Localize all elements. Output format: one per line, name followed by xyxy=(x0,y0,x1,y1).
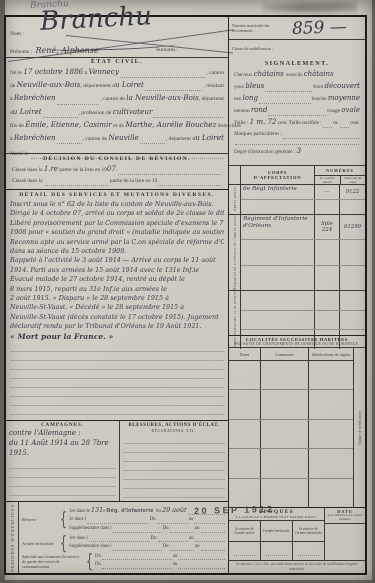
localites-row xyxy=(229,479,353,507)
localites-cell xyxy=(261,449,309,477)
services-entry: Neuville-St-Vaast. « Décédé » le 28 sept… xyxy=(10,303,224,312)
epoques-date-header: DATE de la libération du service militai… xyxy=(325,508,365,524)
corps-header: CORPS D'AFFECTATION NUMÉROS de contrôle … xyxy=(229,166,365,185)
brace-glyph: { xyxy=(60,509,67,531)
printed-label: Du xyxy=(163,525,169,534)
matricule-value: 859 — xyxy=(292,17,348,39)
corps-controle-cell xyxy=(314,200,339,214)
handwritten-entry: bleus xyxy=(245,81,264,92)
dotted-leader xyxy=(157,519,188,524)
dotted-leader xyxy=(201,528,225,533)
handwritten-entry: Neuville xyxy=(108,132,138,144)
services-entry: Reconnu apte au service armé par la C.on… xyxy=(10,238,224,247)
printed-label: au xyxy=(173,553,178,562)
localites-row xyxy=(229,390,353,419)
dotted-leader xyxy=(194,519,225,524)
corps-name-cell xyxy=(241,266,314,290)
localites-cell xyxy=(261,390,309,418)
services-entry: Évacué malade le 27 octobre 1914, rentré… xyxy=(10,275,224,284)
handwritten-entry: moyenne xyxy=(328,93,360,104)
form-line: du Loiret, profession de cultivateur xyxy=(10,106,224,119)
dotted-leader xyxy=(201,546,225,551)
epoques-date-column: DATE de la libération du service militai… xyxy=(325,508,365,560)
periodes-group: Spéciale aux hommes du service de garde … xyxy=(22,553,226,570)
corps-controle-cell xyxy=(314,266,339,290)
printed-label: , canton xyxy=(206,67,224,79)
services-entry: 1914. Parti aux armées le 15 août 1914 a… xyxy=(10,266,224,275)
printed-label: Supplémentaire dans l xyxy=(69,525,112,534)
localites-cell xyxy=(309,390,353,418)
corps-name-cell xyxy=(241,311,314,329)
handwritten-entry: Neuville-aux-Bois xyxy=(17,79,81,91)
localites-col-dates: Dates xyxy=(229,348,261,360)
handwritten-entry: cultivateur xyxy=(113,106,153,118)
localites-cell xyxy=(309,361,353,389)
scanned-register-photo: Branchu Nom : Branchu Prénoms : René, Al… xyxy=(0,0,375,583)
printed-label: cent. Taille rectifiée : xyxy=(276,118,321,129)
printed-label: . xyxy=(116,165,117,176)
corps-band-rows: Régiment d'Infanterie d'OrléansSple 2240… xyxy=(241,215,365,290)
epoques-column-header: la réserve de l'armée territoriale xyxy=(293,521,324,541)
corps-row xyxy=(241,311,365,330)
corps-row xyxy=(241,240,365,265)
section-corps-affectation: CORPS D'AFFECTATION NUMÉROS de contrôle … xyxy=(229,165,365,335)
dotted-leader xyxy=(268,111,325,116)
corps-matricule-cell xyxy=(339,240,365,264)
printed-label: Du xyxy=(150,516,156,525)
localites-col-communes: Communes xyxy=(261,348,309,360)
printed-label: sourcils xyxy=(284,70,304,81)
printed-label: , département d xyxy=(80,80,115,92)
corps-band-side-text: Disponibilité et réserve de l'armée acti… xyxy=(233,215,237,290)
dotted-leader xyxy=(57,139,82,144)
printed-label: au xyxy=(195,525,200,534)
periodes-group-rows: 1re dans lDuauSupplémentaire dans lDuau xyxy=(69,535,226,552)
epoques-subtitle: À LAQUELLE L'HOMME DOIT PASSER DANS : xyxy=(229,515,324,519)
section-etat-civil: ÉTAT CIVIL. Né le 17 octobre 1886 à Venn… xyxy=(6,57,228,153)
header-name-block: Nom : Branchu Prénoms : René, Alphonse S… xyxy=(6,17,228,58)
services-entry: Libéré provisoirement par la Commission … xyxy=(10,219,224,228)
handwritten-entry: u Loiret xyxy=(115,79,144,91)
corps-row xyxy=(241,291,365,310)
printed-label: bouche xyxy=(312,94,328,105)
corps-name-cell: Régiment d'Infanterie d'Orléans xyxy=(241,215,314,239)
periodes-group-label: Réserve xyxy=(22,517,58,522)
date-stamp: 20 SEP 1912 xyxy=(194,504,275,516)
corps-numeros-header: NUMÉROS de contrôle spécial matricule du… xyxy=(315,166,365,184)
handwritten-entry: découvert xyxy=(324,81,360,92)
printed-label: yeux xyxy=(234,82,245,93)
handwritten-entry: châtains xyxy=(304,69,334,80)
handwritten-entry: 07 xyxy=(107,164,116,175)
campagnes-box: CAMPAGNES. contre l'Allemagne : du 11 Ao… xyxy=(6,421,120,500)
printed-label: menton xyxy=(234,106,251,117)
dotted-leader xyxy=(158,181,221,186)
printed-label: 1re dans l xyxy=(69,535,88,544)
corps-matricule-cell: 01299 xyxy=(339,215,365,239)
handwritten-entry: la Neuville-aux-Bois xyxy=(126,92,199,104)
dotted-leader xyxy=(145,86,203,91)
printed-label: partie de la liste en 19 xyxy=(109,176,158,187)
corps-matricule-cell xyxy=(339,200,365,214)
form-line: Classé dans la partie de la liste en 19 xyxy=(12,176,222,187)
printed-label: partie de la liste en 19 xyxy=(58,165,107,176)
corps-band-side-text: Armée active xyxy=(233,187,237,211)
campagnes-entry: du 11 Août 1914 au 28 7bre 1915. xyxy=(9,438,116,458)
corps-band: Armée active6e Régt Infanterie—9122 xyxy=(229,185,365,215)
printed-label: Taille : xyxy=(234,118,250,129)
localites-cell xyxy=(309,449,353,477)
corps-matricule-cell xyxy=(339,266,365,290)
dotted-leader xyxy=(170,528,194,533)
section-campagnes-blessures: CAMPAGNES. contre l'Allemagne : du 11 Ao… xyxy=(6,420,228,500)
corps-band-side-label: Armée active xyxy=(229,185,241,214)
blessures-empty-lines xyxy=(123,435,225,498)
dotted-leader xyxy=(140,139,165,144)
corps-title: CORPS D'AFFECTATION xyxy=(241,166,315,184)
form-line: fils de Émile, Etienne, Casimir et de Ma… xyxy=(10,119,224,132)
localites-side-label: Organe de mobilisation xyxy=(358,411,362,445)
blessures-box: BLESSURES, ACTIONS D'ÉCLAT, DÉCORATIONS,… xyxy=(120,421,228,500)
handwritten-entry: Émile, Etienne, Casimir xyxy=(25,119,112,131)
numeros-col1-label: de contrôle spécial xyxy=(315,176,341,184)
dotted-leader xyxy=(102,564,172,569)
services-entry: Dirigé le 4 octobre 07, arrivé au corps … xyxy=(10,209,224,218)
localites-rows xyxy=(229,361,353,507)
printed-label: Classé dans la xyxy=(12,165,44,176)
form-line: nez longbouche moyenne xyxy=(234,93,360,105)
corps-matricule-cell: 9122 xyxy=(339,185,365,199)
localites-column-headers: Dates Communes Subdivisions de région xyxy=(229,348,353,361)
blessures-subtitle: DÉCORATIONS, ETC. xyxy=(123,429,225,433)
etat-civil-lines: Né le 17 octobre 1886 à Vennecy, cantond… xyxy=(10,66,224,145)
signalement-lines: Cheveux châtains sourcils châtainsyeux b… xyxy=(234,69,360,158)
handwritten-entry: 3 xyxy=(297,146,301,157)
epoques-value-cell xyxy=(261,542,293,560)
localites-cell xyxy=(229,449,261,477)
epoques-values xyxy=(229,542,324,560)
printed-label: 1re dans le xyxy=(69,508,91,517)
numeros-col2-label: matricule du corps xyxy=(341,176,366,184)
form-line: de Neuville-aux-Bois, département du Loi… xyxy=(10,79,224,92)
periodes-row: Duau xyxy=(95,561,226,570)
corps-name-cell xyxy=(241,291,314,309)
printed-label: Degré d'instruction générale : xyxy=(234,147,297,158)
form-line: Né le 17 octobre 1886 à Vennecy, canton xyxy=(10,66,224,79)
printed-label: et de xyxy=(112,120,126,132)
printed-label: au xyxy=(195,543,200,552)
localites-table: Dates Communes Subdivisions de région xyxy=(229,348,353,507)
corps-matricule-cell xyxy=(339,311,365,329)
localites-title: LOCALITÉS SUCCESSIVES HABITÉES PAR SUITE… xyxy=(229,336,365,348)
section-localites: LOCALITÉS SUCCESSIVES HABITÉES PAR SUITE… xyxy=(229,335,365,507)
handwritten-entry: 17 octobre 1886 xyxy=(23,66,83,78)
handwritten-entry: 29 août xyxy=(162,506,187,515)
form-line: Marques particulières : xyxy=(234,129,360,140)
right-column: SIGNALEMENT. Cheveux châtains sourcils c… xyxy=(228,57,365,573)
corps-table-body: Armée active6e Régt Infanterie—9122Dispo… xyxy=(229,185,365,349)
corps-controle-cell xyxy=(314,311,339,329)
corps-row xyxy=(241,266,365,290)
printed-label: au xyxy=(189,516,194,525)
printed-label: Du xyxy=(95,561,101,570)
form-line: yeux bleusfront découvert xyxy=(234,81,360,93)
epoques-column-header: la réserve de l'armée active xyxy=(229,521,261,541)
localites-side-strip: Organe de mobilisation xyxy=(353,348,365,507)
prenoms-label: Prénoms : xyxy=(10,49,32,55)
services-entry: dans sa séance du 15 octobre 1909. xyxy=(10,247,224,256)
matricule-cell: Numéro matricule du recrutement : 859 — xyxy=(229,17,365,40)
corps-band-side-text: Armée territoriale et sa réserve xyxy=(233,291,237,348)
printed-label: , départemt xyxy=(199,93,224,105)
services-paragraph: Inscrit sous le n° 62 de la liste du can… xyxy=(10,200,224,341)
dotted-leader xyxy=(120,73,205,78)
surnoms-label: Surnoms : xyxy=(156,47,178,53)
corps-name-cell: 6e Régt Infanterie xyxy=(241,185,314,199)
brace-glyph: { xyxy=(60,532,67,554)
printed-label: du xyxy=(154,508,162,517)
printed-label: Marques particulières : xyxy=(234,129,282,140)
form-line: menton rondvisage ovale xyxy=(234,105,360,117)
localites-cell xyxy=(229,479,261,507)
left-column: ÉTAT CIVIL. Né le 17 octobre 1886 à Venn… xyxy=(6,57,228,573)
handwritten-entry: u Loiret xyxy=(195,132,224,144)
epoques-left: ÉPOQUES À LAQUELLE L'HOMME DOIT PASSER D… xyxy=(229,508,325,560)
corps-row: 6e Régt Infanterie—9122 xyxy=(241,185,365,200)
form-line: Classé dans la 1.re partie de la liste e… xyxy=(12,164,222,176)
epoques-date-value xyxy=(325,524,365,561)
epoques-value-cell xyxy=(293,542,324,560)
localites-cell xyxy=(229,390,261,418)
signalement-title: SIGNALEMENT. xyxy=(234,60,360,67)
services-entry: 1908 pour « soutien du grand droit » (ma… xyxy=(10,228,224,237)
dotted-leader xyxy=(43,113,78,118)
services-entry: Neuville-St-Vaast (décès constaté le 17 … xyxy=(10,313,224,322)
register-frame: Nom : Branchu Prénoms : René, Alphonse S… xyxy=(4,15,367,575)
services-entry: Rappelé à l'activité le 3 août 1914 — Ar… xyxy=(10,256,224,265)
periodes-row: Duau xyxy=(95,553,226,562)
dotted-leader xyxy=(340,123,350,128)
dotted-leader xyxy=(283,134,359,139)
corps-header-side xyxy=(229,166,241,184)
localites-row xyxy=(229,361,353,390)
localites-cell xyxy=(261,420,309,448)
printed-label: , profession de xyxy=(79,107,113,119)
dotted-leader xyxy=(195,538,225,543)
printed-label: Né le xyxy=(10,67,23,79)
localites-col-subdivisions: Subdivisions de région xyxy=(309,348,353,360)
corps-controle-cell xyxy=(314,291,339,309)
handwritten-entry: u Loiret xyxy=(13,106,42,118)
services-entry: « Mort pour la France. » xyxy=(10,332,224,341)
localites-row xyxy=(229,420,353,449)
services-empty-lines xyxy=(10,343,224,420)
localites-cell xyxy=(261,479,309,507)
section-decision: DÉCISION DU CONSEIL DE RÉVISION. Classé … xyxy=(6,153,228,189)
printed-label: au xyxy=(189,535,194,544)
form-line: Taille : 1 m. 72 cent. Taille rectifiée … xyxy=(234,117,360,129)
handwritten-entry: 1 m. 72 xyxy=(250,117,277,128)
handwritten-entry: 131 xyxy=(91,506,103,515)
register-sheet: Nom : Branchu Prénoms : René, Alphonse S… xyxy=(6,17,365,573)
section-services: DÉTAIL DES SERVICES ET MUTATIONS DIVERSE… xyxy=(6,189,228,420)
handwritten-entry: ovale xyxy=(341,105,360,116)
section-signalement: SIGNALEMENT. Cheveux châtains sourcils c… xyxy=(229,57,365,165)
periodes-group-label: Armée territoriale xyxy=(22,541,58,546)
periodes-group-rows: DuauDuau xyxy=(95,553,226,570)
form-line: Cheveux châtains sourcils châtains xyxy=(234,69,360,81)
printed-label: , départemt d xyxy=(166,133,195,145)
dotted-leader xyxy=(178,556,225,561)
corps-band: Disponibilité et réserve de l'armée acti… xyxy=(229,215,365,291)
printed-label: , canton de xyxy=(100,93,126,105)
periodes-side-strip: PÉRIODES D'EXERCICES xyxy=(6,502,19,573)
form-line: à Rebréchien, canton de la Neuville-aux-… xyxy=(10,92,224,105)
dotted-leader xyxy=(158,538,188,543)
dotted-leader xyxy=(178,564,225,569)
localites-cell xyxy=(309,479,353,507)
printed-label: fils de xyxy=(10,120,25,132)
matricule-label: Numéro matricule du recrutement : xyxy=(229,23,284,33)
campagnes-empty-lines xyxy=(9,460,116,498)
dotted-leader xyxy=(113,546,162,551)
dotted-leader xyxy=(45,181,108,186)
epoques-date-subtitle: de la libération du service militaire xyxy=(326,514,364,522)
services-title: DÉTAIL DES SERVICES ET MUTATIONS DIVERSE… xyxy=(10,192,224,198)
epoques-value-cell xyxy=(229,542,261,560)
periodes-side-label: PÉRIODES D'EXERCICES xyxy=(10,504,15,572)
ink-smudge xyxy=(262,0,357,16)
printed-label: au xyxy=(173,561,178,570)
dotted-leader xyxy=(235,140,359,145)
localites-title-line2: PAR SUITE DE CHANGEMENTS DE DOMICILE OU … xyxy=(231,342,363,346)
periodes-row: Supplémentaire dans lDuau xyxy=(69,525,226,534)
decision-title: DÉCISION DU CONSEIL DE RÉVISION. xyxy=(12,156,222,162)
etat-civil-title: ÉTAT CIVIL. xyxy=(10,58,224,65)
periodes-group-label: Spéciale aux hommes du service de garde … xyxy=(22,554,84,569)
printed-label: m. xyxy=(333,118,338,129)
printed-label: Cheveux xyxy=(234,70,254,81)
localites-row xyxy=(229,449,353,478)
handwritten-entry: Rebréchien xyxy=(14,92,56,104)
form-line: à Rebréchien, canton de Neuville, départ… xyxy=(10,132,224,145)
localites-cell xyxy=(229,361,261,389)
handwritten-entry: Marthe, Aurélie Bouchez xyxy=(125,119,216,131)
corps-matricule-cell xyxy=(339,291,365,309)
dotted-leader xyxy=(57,99,100,104)
dotted-leader xyxy=(323,123,333,128)
services-entry: 8 mars 1915, reparti au 31e Inf.ie aux a… xyxy=(10,285,224,294)
services-entry: 2 août 1915. « Disparu » le 28 septembre… xyxy=(10,294,224,303)
prenoms-line: Prénoms : René, Alphonse Surnoms : xyxy=(10,46,226,55)
services-entry: déclaratif rendu par le Tribunal d'Orléa… xyxy=(10,322,224,331)
corps-band-rows: 6e Régt Infanterie—9122 xyxy=(241,185,365,214)
numeros-label: NUMÉROS xyxy=(315,166,365,176)
dotted-leader xyxy=(118,170,221,175)
corps-band-side-label: Disponibilité et réserve de l'armée acti… xyxy=(229,215,241,290)
stamped-text: Rég. d'Infanterie xyxy=(107,507,154,516)
handwritten-entry: long xyxy=(243,93,258,104)
epoques-note: Se reporter, s'il y a lieu, aux indicati… xyxy=(229,560,365,573)
printed-label: Du xyxy=(95,553,101,562)
campagnes-entry: contre l'Allemagne : xyxy=(9,428,116,438)
dotted-leader xyxy=(259,99,311,104)
brace-glyph: { xyxy=(86,550,93,572)
localites-cell xyxy=(261,361,309,389)
decision-lines: Classé dans la 1.re partie de la liste e… xyxy=(12,164,222,187)
dotted-leader xyxy=(265,87,312,92)
header-matricule-block: Numéro matricule du recrutement : 859 — … xyxy=(228,17,365,57)
printed-label: nez xyxy=(234,94,243,105)
printed-label: , canton de xyxy=(83,133,109,145)
periodes-group: Armée territoriale{1re dans lDuauSupplém… xyxy=(22,535,226,552)
printed-label: Classé dans la xyxy=(12,176,44,187)
handwritten-entry: Vennecy xyxy=(89,66,119,78)
handwritten-entry: 1.re xyxy=(44,164,58,175)
localites-cell xyxy=(229,420,261,448)
form-line: Degré d'instruction générale : 3 xyxy=(234,146,360,158)
dotted-leader xyxy=(170,546,194,551)
dotted-leader xyxy=(113,528,162,533)
printed-label: Du xyxy=(163,543,169,552)
dotted-leader xyxy=(102,556,172,561)
printed-label: cent. xyxy=(350,118,360,129)
section-epoques: ÉPOQUES À LAQUELLE L'HOMME DOIT PASSER D… xyxy=(229,507,365,573)
printed-label: visage xyxy=(327,106,342,117)
handwritten-entry: châtains xyxy=(254,69,284,80)
localites-cell xyxy=(309,420,353,448)
classe-cell: Classe de mobilisation : xyxy=(229,40,365,57)
printed-label: 2e dans l xyxy=(69,516,86,525)
services-entry: Inscrit sous le n° 62 de la liste du can… xyxy=(10,200,224,209)
epoques-column-header: l'armée territoriale xyxy=(261,521,293,541)
corps-controle-cell: Sple 224 xyxy=(314,215,339,239)
classe-label: Classe de mobilisation : xyxy=(229,46,284,51)
epoques-columns: la réserve de l'armée activel'armée terr… xyxy=(229,521,324,542)
corps-row: Régiment d'Infanterie d'OrléansSple 2240… xyxy=(241,215,365,240)
printed-label: front xyxy=(313,82,324,93)
handwritten-entry: rond xyxy=(251,105,268,116)
printed-label: de xyxy=(10,80,17,92)
corps-name-cell xyxy=(241,240,314,264)
dotted-leader xyxy=(89,538,150,543)
handwritten-entry: Rebréchien xyxy=(14,132,56,144)
periodes-row: 2e dans lDuau xyxy=(69,516,226,525)
nom-label: Nom : xyxy=(10,31,24,37)
periodes-row: 1re dans lDuau xyxy=(69,535,226,544)
corps-controle-cell xyxy=(314,240,339,264)
printed-label: , résidant xyxy=(203,80,224,92)
dotted-leader xyxy=(153,113,223,118)
corps-name-cell xyxy=(241,200,314,214)
dotted-leader xyxy=(87,519,149,524)
corps-row xyxy=(241,200,365,214)
corps-controle-cell: — xyxy=(314,185,339,199)
printed-label: Du xyxy=(151,535,157,544)
